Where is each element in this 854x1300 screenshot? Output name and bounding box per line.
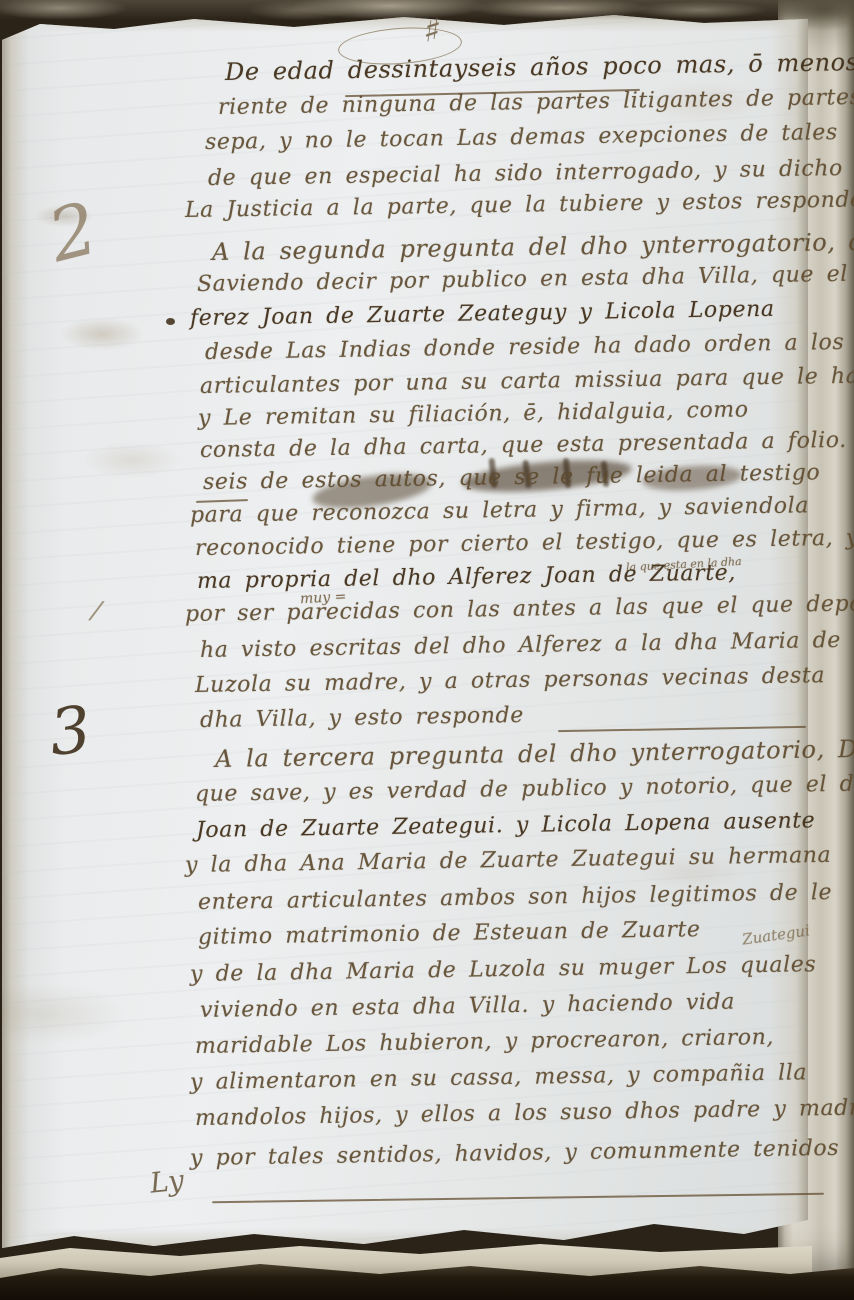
margin-folio-3: 3 <box>47 698 94 766</box>
rubric-flourish: Ly <box>149 1166 186 1197</box>
manuscript-scan: ♯ 2 / 3 Ly muy = la que esta en la dha Z… <box>0 0 854 1300</box>
text-line: dha Villa, y esto responde <box>200 703 524 733</box>
ink-dot <box>166 318 175 325</box>
